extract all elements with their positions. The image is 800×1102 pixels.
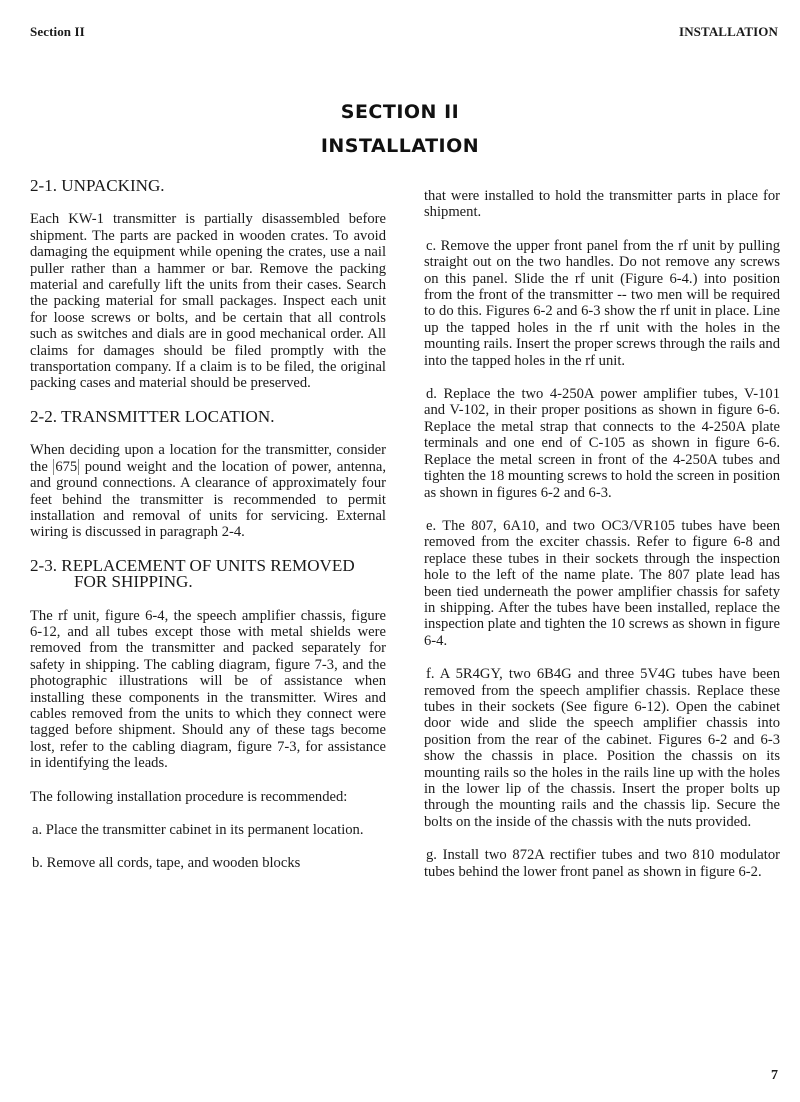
heading-unpacking: 2-1. UNPACKING. — [30, 178, 386, 194]
step-d: d. Replace the two 4-250A power amplifie… — [424, 386, 780, 501]
step-b-end: that were installed to hold the transmit… — [424, 188, 780, 221]
running-head-title: INSTALLATION — [679, 24, 778, 40]
step-b-start: b. Remove all cords, tape, and wooden bl… — [30, 855, 386, 871]
paragraph-transmitter-location: When deciding upon a location for the tr… — [30, 442, 386, 540]
paragraph-unpacking: Each KW-1 transmitter is partially disas… — [30, 211, 386, 391]
step-c: c. Remove the upper front panel from the… — [424, 238, 780, 369]
page-number: 7 — [771, 1068, 778, 1084]
heading-replacement-of-units: 2-3. REPLACEMENT OF UNITS REMOVED FOR SH… — [30, 558, 386, 591]
location-text-b: pound weight and the location of power, … — [30, 459, 386, 541]
section-number-title: SECTION II — [0, 100, 800, 124]
paragraph-procedure-intro: The following installation procedure is … — [30, 789, 386, 805]
heading-transmitter-location: 2-2. TRANSMITTER LOCATION. — [30, 409, 386, 425]
left-column: 2-1. UNPACKING. Each KW-1 transmitter is… — [30, 178, 386, 872]
running-head-section: Section II — [30, 24, 85, 40]
section-title: SECTION II INSTALLATION — [0, 100, 800, 158]
right-column: that were installed to hold the transmit… — [424, 188, 780, 880]
section-name-title: INSTALLATION — [0, 134, 800, 158]
step-g: g. Install two 872A rectifier tubes and … — [424, 847, 780, 880]
step-f: f. A 5R4GY, two 6B4G and three 5V4G tube… — [424, 666, 780, 830]
weight-value: 675 — [53, 459, 79, 475]
step-a: a. Place the transmitter cabinet in its … — [30, 822, 386, 838]
step-e: e. The 807, 6A10, and two OC3/VR105 tube… — [424, 518, 780, 649]
paragraph-replacement: The rf unit, figure 6-4, the speech ampl… — [30, 608, 386, 772]
